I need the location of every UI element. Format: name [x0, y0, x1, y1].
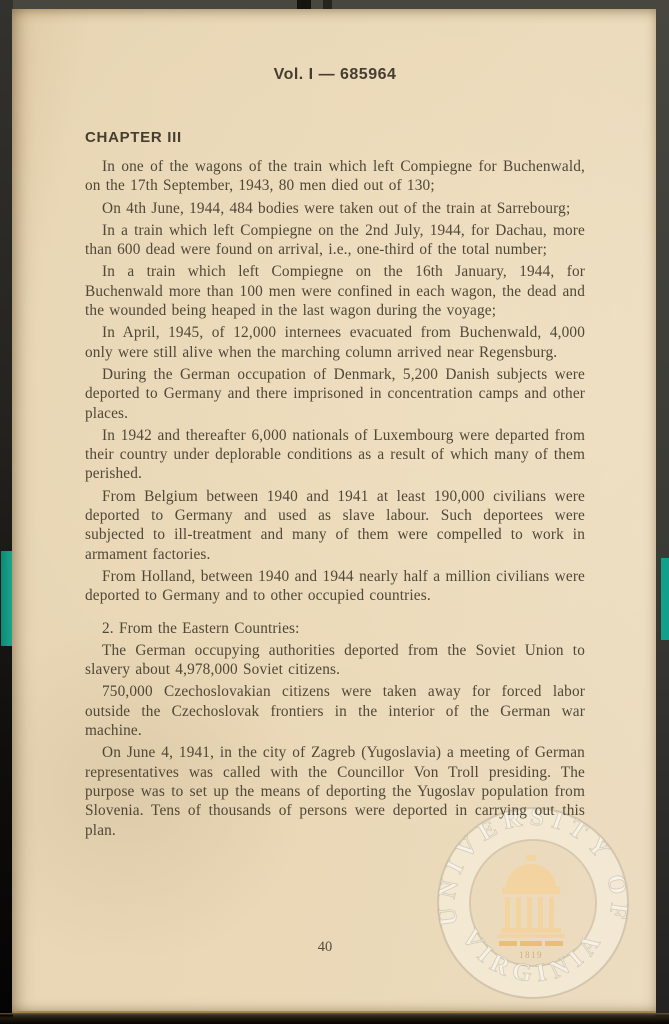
paragraph: In 1942 and thereafter 6,000 nationals o…	[85, 426, 585, 484]
volume-header: Vol. I — 685964	[85, 66, 585, 84]
page-number: 40	[85, 939, 565, 956]
section-heading: 2. From the Eastern Countries:	[85, 619, 585, 638]
scan-background-right-edge	[655, 0, 669, 1024]
paragraph: In a train which left Compiegne on the 2…	[85, 221, 585, 260]
paragraph: From Belgium between 1940 and 1941 at le…	[85, 487, 585, 564]
book-page: UNIVERSITY OF VIRGINIA	[12, 9, 656, 1013]
paragraph: 750,000 Czechoslovakian citizens were ta…	[85, 682, 585, 740]
paragraph: From Holland, between 1940 and 1944 near…	[85, 567, 585, 606]
teal-bookmark-strip-right	[661, 558, 669, 640]
paragraph: During the German occupation of Denmark,…	[85, 365, 585, 423]
body-text: In one of the wagons of the train which …	[85, 157, 585, 843]
paragraph: The German occupying authorities deporte…	[85, 641, 585, 680]
paragraph: In April, 1945, of 12,000 internees evac…	[85, 323, 585, 362]
scan-background-bottom-edge	[0, 1013, 669, 1024]
paragraph: In a train which left Compiegne on the 1…	[85, 262, 585, 320]
chapter-heading: CHAPTER III	[85, 129, 182, 146]
paragraph: On 4th June, 1944, 484 bodies were taken…	[85, 199, 585, 218]
paragraph: On June 4, 1941, in the city of Zagreb (…	[85, 743, 585, 839]
scanned-page-view: UNIVERSITY OF VIRGINIA	[0, 0, 669, 1024]
paragraph: In one of the wagons of the train which …	[85, 157, 585, 196]
